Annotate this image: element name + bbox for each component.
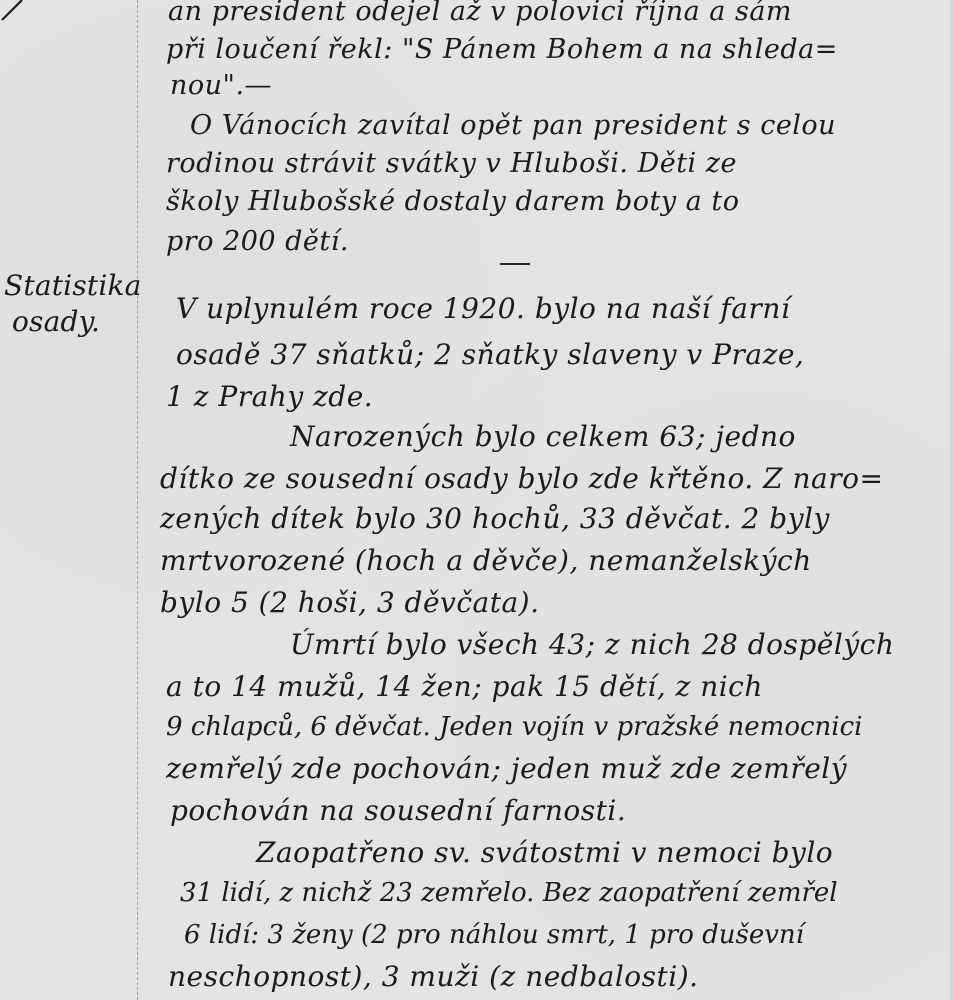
text-line: dítko ze sousední osady bylo zde křtěno.… — [160, 462, 883, 495]
margin-heading-line2: osady. — [4, 304, 134, 340]
text-line: 9 chlapců, 6 děvčat. Jeden vojín v pražs… — [166, 712, 862, 742]
text-line: 1 z Prahy zde. — [166, 380, 373, 413]
text-line: 6 lidí: 3 ženy (2 pro náhlou smrt, 1 pro… — [184, 920, 804, 950]
text-line: osadě 37 sňatků; 2 sňatky slaveny v Praz… — [176, 338, 804, 371]
text-line: Narozených bylo celkem 63; jedno — [290, 420, 796, 453]
text-line: zemřelý zde pochován; jeden muž zde zemř… — [166, 752, 847, 785]
text-line: 31 lidí, z nichž 23 zemřelo. Bez zaopatř… — [180, 878, 838, 908]
text-line: mrtvorozené (hoch a děvče), nemanželskýc… — [160, 544, 812, 577]
text-line: Zaopatřeno sv. svátostmi v nemoci bylo — [256, 836, 833, 869]
page-edge — [950, 0, 954, 1000]
text-line: školy Hlubošské dostaly darem boty a to — [166, 186, 739, 217]
text-line: zených dítek bylo 30 hochů, 33 děvčat. 2… — [160, 502, 830, 535]
text-line: an president odejel až v polovici října … — [168, 0, 792, 27]
document-page: Statistika osady. an president odejel až… — [0, 0, 950, 1000]
text-line: rodinou strávit svátky v Hluboši. Děti z… — [166, 148, 737, 179]
text-line: O Vánocích zavítal opět pan president s … — [190, 110, 836, 141]
text-line: pochován na sousední farnosti. — [170, 794, 626, 827]
text-line: Úmrtí bylo všech 43; z nich 28 dospělých — [290, 628, 894, 661]
text-line: při loučení řekl: "S Pánem Bohem a na sh… — [166, 34, 838, 65]
text-line: a to 14 mužů, 14 žen; pak 15 dětí, z nic… — [166, 670, 763, 703]
margin-rule-line — [137, 0, 138, 1000]
text-line: nou".— — [170, 70, 272, 101]
section-divider — [500, 263, 530, 265]
text-line: bylo 5 (2 hoši, 3 děvčata). — [160, 586, 540, 619]
text-line: neschopnost), 3 muži (z nedbalosti). — [168, 960, 699, 993]
margin-heading-line1: Statistika — [4, 268, 134, 304]
margin-heading: Statistika osady. — [4, 268, 134, 340]
text-line: pro 200 dětí. — [166, 226, 349, 257]
ink-stroke-fragment — [0, 0, 30, 22]
text-line: V uplynulém roce 1920. bylo na naší farn… — [176, 292, 790, 325]
